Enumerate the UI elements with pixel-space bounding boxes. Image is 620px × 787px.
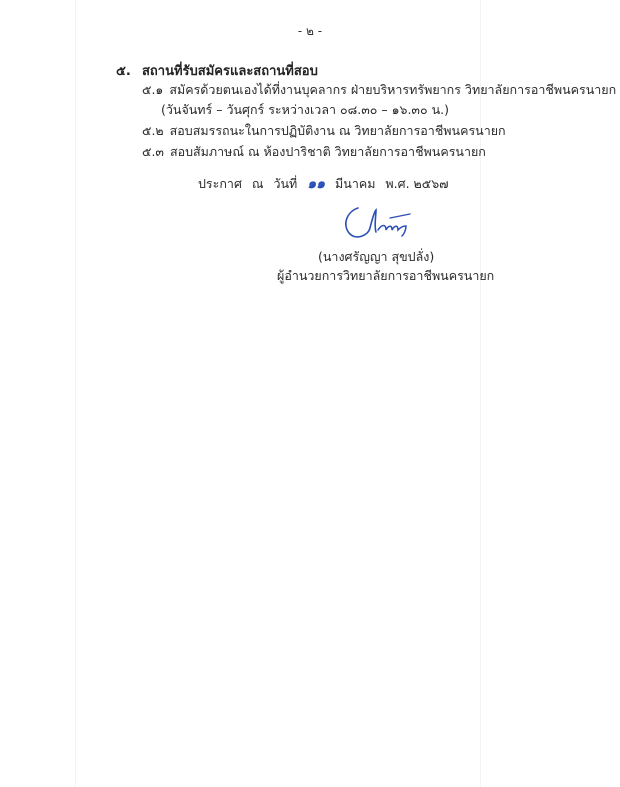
item-text: สมัครด้วยตนเองได้ที่งานบุคลากร ฝ่ายบริหา… (169, 82, 616, 97)
list-item-5-2: ๕.๒ สอบสมรรถนะในการปฏิบัติงาน ณ วิทยาลัย… (142, 121, 506, 141)
announce-month: มีนาคม (335, 176, 375, 191)
scan-artifact-line-right (480, 0, 481, 787)
announce-year: พ.ศ. ๒๕๖๗ (385, 176, 448, 191)
item-text: สอบสัมภาษณ์ ณ ห้องปาริชาติ วิทยาลัยการอา… (170, 144, 486, 159)
announce-prefix: ประกาศ (198, 176, 242, 191)
announce-day-label: วันที่ (273, 176, 297, 191)
item-number: ๕.๓ (142, 144, 164, 159)
scan-artifact-line-left (75, 0, 76, 787)
section-number: ๕. (116, 60, 142, 81)
item-number: ๕.๒ (142, 123, 164, 138)
signer-name: (นางศรัญญา สุขปลั่ง) (318, 247, 434, 267)
signature-icon (340, 200, 420, 242)
item-number: ๕.๑ (142, 82, 163, 97)
item-text: สอบสมรรถนะในการปฏิบัติงาน ณ วิทยาลัยการอ… (170, 123, 506, 138)
section-title: สถานที่รับสมัครและสถานที่สอบ (142, 64, 318, 79)
list-item-5-1-hours: (วันจันทร์ – วันศุกร์ ระหว่างเวลา ๐๘.๓๐ … (161, 100, 449, 120)
list-item-5-1: ๕.๑ สมัครด้วยตนเองได้ที่งานบุคลากร ฝ่ายบ… (142, 80, 616, 100)
section-heading: ๕.สถานที่รับสมัครและสถานที่สอบ (116, 60, 318, 81)
page-number: - ๒ - (0, 22, 620, 41)
announcement-date-line: ประกาศ ณ วันที่ ๑๑ มีนาคม พ.ศ. ๒๕๖๗ (198, 173, 455, 195)
announce-day-value: ๑๑ (307, 176, 325, 192)
signer-title: ผู้อำนวยการวิทยาลัยการอาชีพนครนายก (277, 266, 494, 286)
announce-at: ณ (252, 176, 264, 191)
list-item-5-3: ๕.๓ สอบสัมภาษณ์ ณ ห้องปาริชาติ วิทยาลัยก… (142, 142, 486, 162)
